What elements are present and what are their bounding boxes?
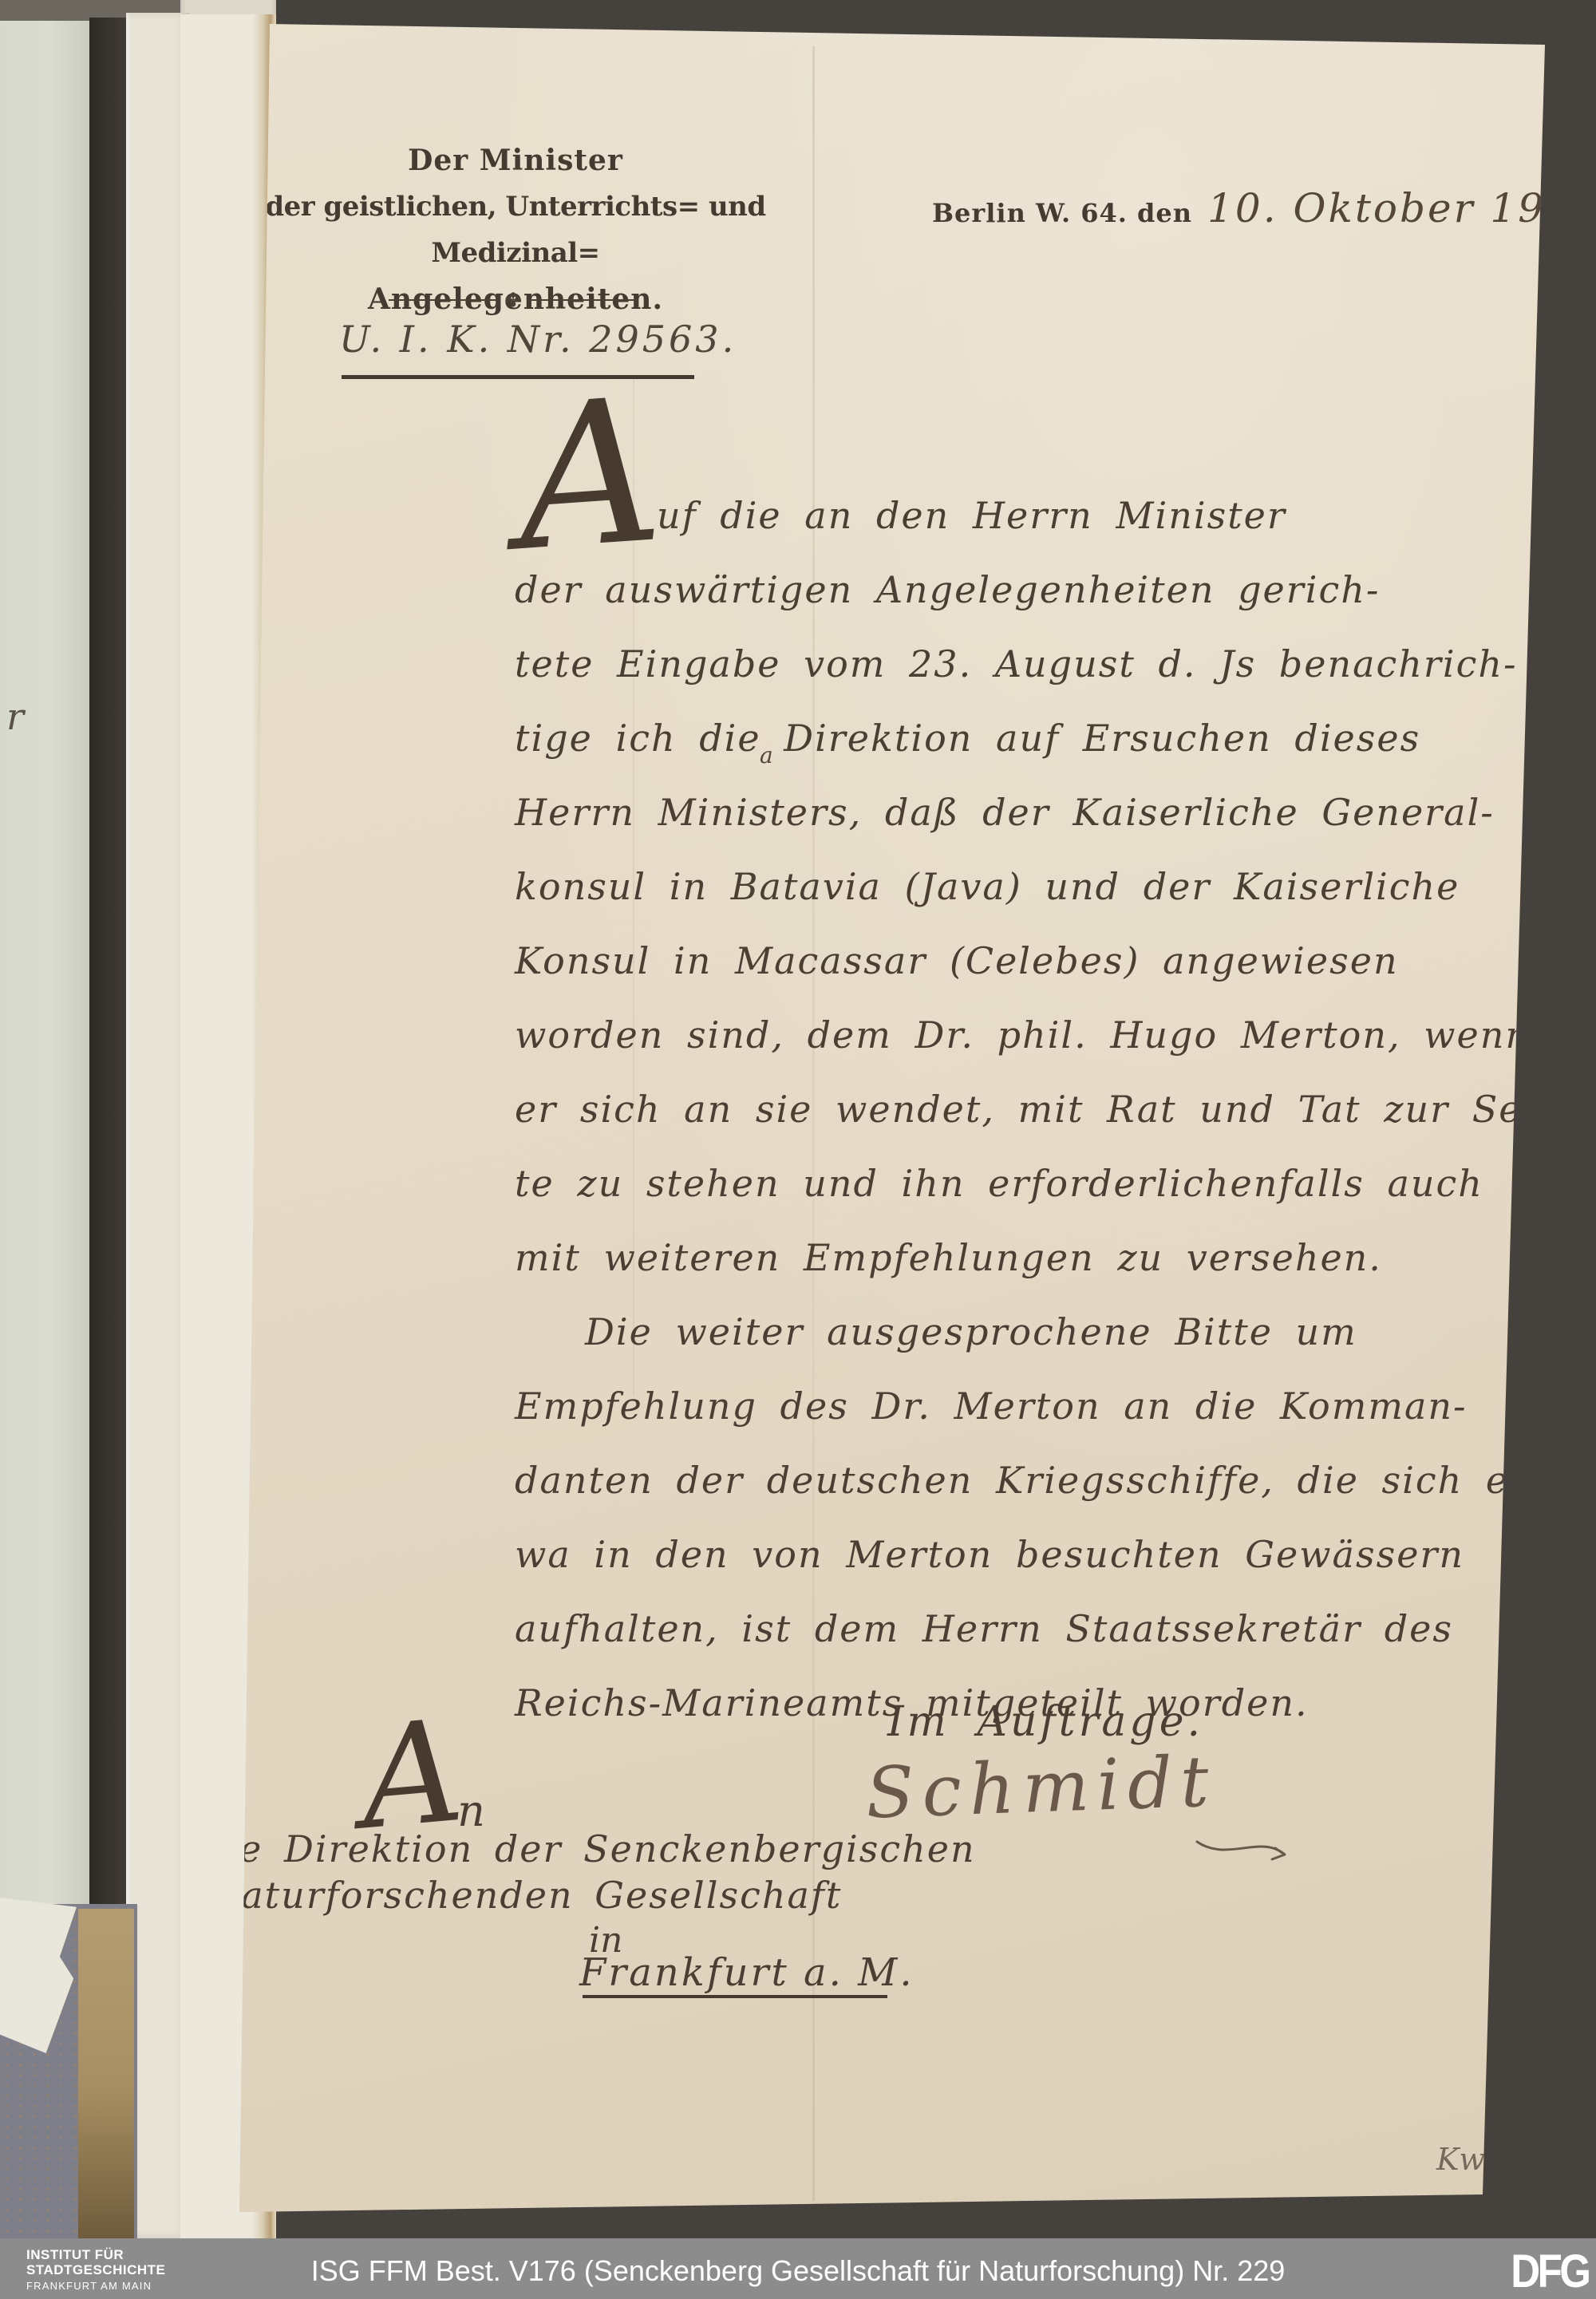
- dateline-printed: Berlin W. 64. den: [932, 198, 1192, 228]
- address-salutation: A n: [361, 1716, 485, 1835]
- cardboard-edge: [78, 1909, 134, 2238]
- letterhead-divider: ✤: [389, 292, 638, 308]
- body-line: Konsul in Macassar (Celebes) angewiesen: [515, 924, 1576, 998]
- citation-footer-bar: INSTITUT FÜR STADTGESCHICHTE FRANKFURT A…: [0, 2238, 1596, 2299]
- body-line: der auswärtigen Angelegenheiten gerich-: [515, 553, 1576, 627]
- archival-citation: ISG FFM Best. V176 (Senckenberg Gesellsc…: [0, 2254, 1596, 2288]
- file-reference: U. I. K. Nr. 29563.: [339, 318, 737, 361]
- address-drop-initial: A: [356, 1712, 468, 1840]
- body-line: konsul in Batavia (Java) und der Kaiserl…: [515, 850, 1576, 924]
- letterhead-line2: der geistlichen, Unterrichts= und Medizi…: [244, 184, 787, 276]
- body-line: wa in den von Merton besuchten Gewässern: [515, 1518, 1576, 1592]
- dfg-logo: DFG: [1511, 2245, 1588, 2298]
- body-line: tige ich die Direktion auf Ersuchen dies…: [515, 701, 1576, 776]
- body-line: worden sind, dem Dr. phil. Hugo Merton, …: [515, 998, 1576, 1072]
- address-line4: Frankfurt a. M.: [579, 1950, 915, 1995]
- body-line: tete Eingabe vom 23. August d. Js benach…: [515, 627, 1576, 701]
- address-underline: [583, 1995, 887, 1998]
- address-line1: die Direktion der Senckenbergischen: [201, 1827, 976, 1870]
- body-line: danten der deutschen Kriegsschiffe, die …: [515, 1444, 1576, 1518]
- adjacent-page-text-fragment: r: [6, 695, 24, 738]
- body-line: Empfehlung des Dr. Merton an die Komman-: [515, 1369, 1576, 1444]
- body-line: aufhalten, ist dem Herrn Staatssekretär …: [515, 1592, 1576, 1666]
- closing-formula: Im Auftrage.: [887, 1698, 1203, 1746]
- dateline-handwritten: 10. Oktober 1907.: [1207, 185, 1596, 231]
- body-line: uf die an den Herrn Minister: [515, 479, 1576, 553]
- divider-rule: [527, 299, 638, 301]
- body-line: te zu stehen und ihn erforderlichenfalls…: [515, 1147, 1576, 1221]
- signature-flourish: [1195, 1827, 1299, 1875]
- body-line: Herrn Ministers, daß der Kaiserliche Gen…: [515, 776, 1576, 850]
- address-line2: Naturforschenden Gesellschaft: [207, 1874, 842, 1917]
- archival-scan: r Der Minister der geistlichen, Unterric…: [0, 0, 1596, 2299]
- pencil-note: Kw.: [1436, 2142, 1491, 2177]
- signature: Schmidt: [864, 1740, 1218, 1834]
- divider-rule: [389, 299, 499, 301]
- body-line: er sich an sie wendet, mit Rat und Tat z…: [515, 1072, 1576, 1147]
- body-line: mit weiteren Empfehlungen zu versehen.: [515, 1221, 1576, 1295]
- dateline: Berlin W. 64. den 10. Oktober 1907.: [932, 185, 1596, 231]
- body-line: Die weiter ausgesprochene Bitte um: [515, 1295, 1576, 1369]
- letter-body: uf die an den Herrn Minister der auswärt…: [515, 479, 1576, 1740]
- letterhead-line1: Der Minister: [244, 137, 787, 184]
- fleuron-icon: ✤: [505, 292, 521, 308]
